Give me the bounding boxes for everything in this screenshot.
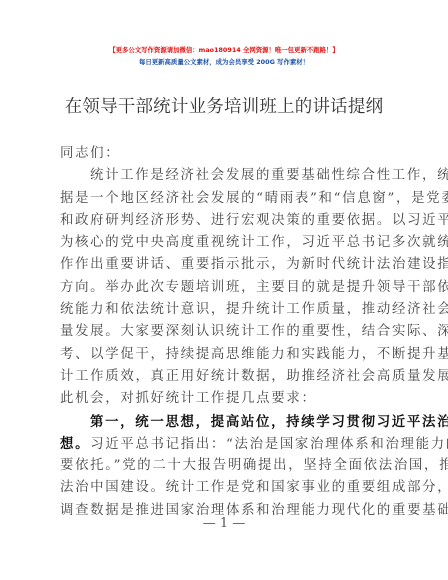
paragraph-line: 法治中国建设。统计工作是党和国家事业的重要组成部分，统计 <box>60 477 394 499</box>
paragraph-line: 想。习近平总书记指出：“法治是国家治理体系和治理能力的重 <box>60 433 394 455</box>
paragraph-line: 统能力和依法统计意识，提升统计工作质量，推动经济社会高质 <box>60 299 394 321</box>
promo-banner-line1: 【更多公文写作资源请加微信：mao180914 全网资源！唯一包更新不跑路！】 <box>0 45 448 54</box>
section-heading: 第一，统一思想，提高站位，持续学习贯彻习近平法治思 <box>60 411 394 433</box>
salutation: 同志们： <box>60 143 394 165</box>
promo-banner-line2: 每日更新高质量公文素材，成为会员享受 200G 写作素材！ <box>0 57 448 66</box>
paragraph-line: 量发展。大家要深刻认识统计工作的重要性，结合实际、深入思 <box>60 321 394 343</box>
paragraph-line: 计工作质效，真正用好统计数据，助推经济社会高质量发展。借 <box>60 366 394 388</box>
paragraph-line: 此机会，对抓好统计工作提几点要求： <box>60 388 394 410</box>
document-body: 同志们： 统计工作是经济社会发展的重要基础性综合性工作，统计数 据是一个地区经济… <box>60 143 394 522</box>
paragraph-line: 为核心的党中央高度重视统计工作，习近平总书记多次就统计工 <box>60 232 394 254</box>
paragraph-line: 方向。举办此次专题培训班，主要目的就是提升领导干部依法治 <box>60 277 394 299</box>
paragraph-line: 和政府研判经济形势、进行宏观决策的重要依据。以习近平同志 <box>60 210 394 232</box>
paragraph-line: 考、以学促干，持续提高思维能力和实践能力，不断提升基层统 <box>60 344 394 366</box>
paragraph-line: 据是一个地区经济社会发展的“晴雨表”和“信息窗”，是党委 <box>60 188 394 210</box>
paragraph-line: 作作出重要讲话、重要指示批示，为新时代统计法治建设指明了 <box>60 254 394 276</box>
paragraph-line: 统计工作是经济社会发展的重要基础性综合性工作，统计数 <box>60 165 394 187</box>
document-title: 在领导干部统计业务培训班上的讲话提纲 <box>0 93 448 118</box>
paragraph-text: 习近平总书记指出：“法治是国家治理体系和治理能力的重 <box>90 437 448 452</box>
page-number: — 1 — <box>0 516 448 531</box>
section-heading-end: 想。 <box>60 436 90 452</box>
paragraph-line: 要依托。”党的二十大报告明确提出，坚持全面依法治国，推进 <box>60 455 394 477</box>
